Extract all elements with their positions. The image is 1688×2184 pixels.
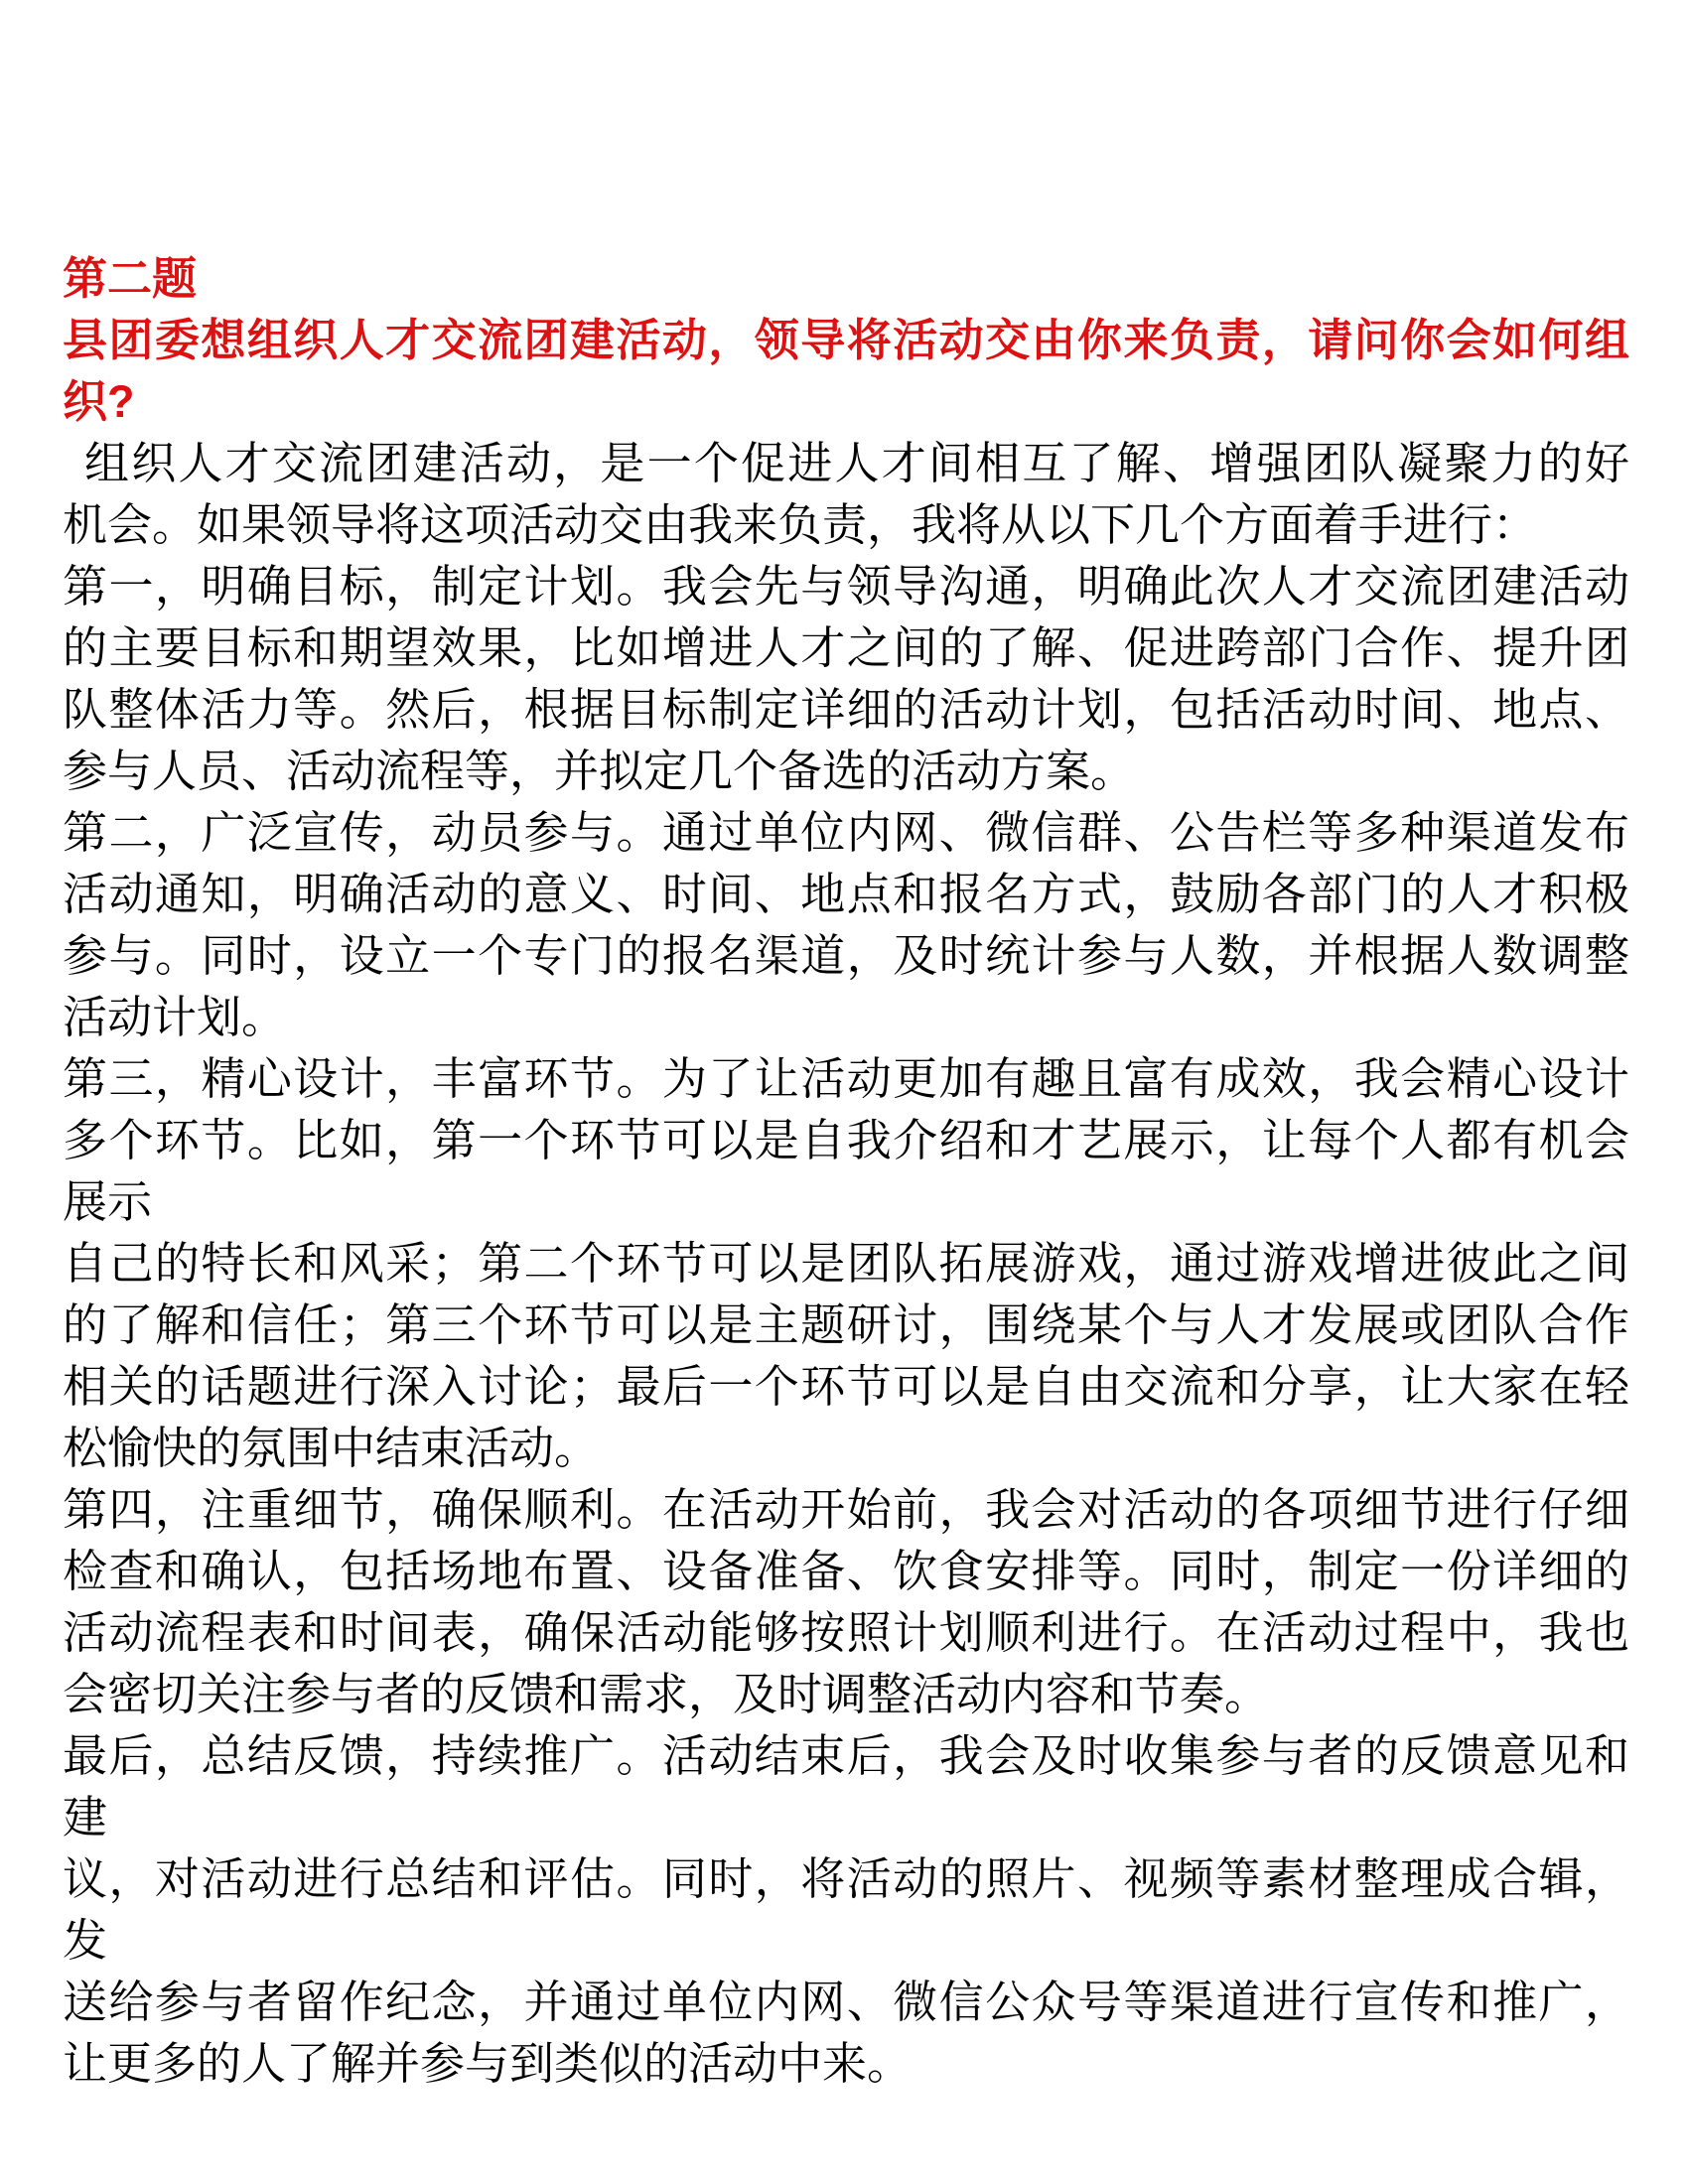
answer-line: 组织人才交流团建活动，是一个促进人才间相互了解、增强团队凝聚力的好	[63, 433, 1629, 494]
answer-line: 让更多的人了解并参与到类似的活动中来。	[63, 2033, 1629, 2095]
answer-line: 的主要目标和期望效果，比如增进人才之间的了解、促进跨部门合作、提升团	[63, 617, 1629, 679]
answer-line: 议，对活动进行总结和评估。同时，将活动的照片、视频等素材整理成合辑，	[63, 1848, 1629, 1910]
answer-line: 活动计划。	[63, 987, 1629, 1048]
answer-line: 发	[63, 1910, 1629, 1972]
answer-line: 参与。同时，设立一个专门的报名渠道，及时统计参与人数，并根据人数调整	[63, 925, 1629, 987]
answer-line: 的了解和信任；第三个环节可以是主题研讨，围绕某个与人才发展或团队合作	[63, 1295, 1629, 1356]
question-text-line: 织?	[63, 371, 1629, 433]
answer-line: 机会。如果领导将这项活动交由我来负责，我将从以下几个方面着手进行：	[63, 494, 1629, 556]
document-body: 第二题 县团委想组织人才交流团建活动，领导将活动交由你来负责，请问你会如何组 织…	[63, 248, 1629, 2095]
answer-line: 最后，总结反馈，持续推广。活动结束后，我会及时收集参与者的反馈意见和	[63, 1725, 1629, 1787]
answer-line: 第一，明确目标，制定计划。我会先与领导沟通，明确此次人才交流团建活动	[63, 556, 1629, 617]
answer-line: 展示	[63, 1171, 1629, 1233]
answer-line: 第三，精心设计，丰富环节。为了让活动更加有趣且富有成效，我会精心设计	[63, 1048, 1629, 1110]
answer-line: 多个环节。比如，第一个环节可以是自我介绍和才艺展示，让每个人都有机会	[63, 1110, 1629, 1171]
answer-line: 第二，广泛宣传，动员参与。通过单位内网、微信群、公告栏等多种渠道发布	[63, 802, 1629, 864]
answer-line: 参与人员、活动流程等，并拟定几个备选的活动方案。	[63, 741, 1629, 802]
question-text-line: 县团委想组织人才交流团建活动，领导将活动交由你来负责，请问你会如何组	[63, 310, 1629, 371]
answer-line: 活动通知，明确活动的意义、时间、地点和报名方式，鼓励各部门的人才积极	[63, 864, 1629, 925]
answer-line: 队整体活力等。然后，根据目标制定详细的活动计划，包括活动时间、地点、	[63, 679, 1629, 741]
answer-line: 检查和确认，包括场地布置、设备准备、饮食安排等。同时，制定一份详细的	[63, 1541, 1629, 1602]
answer-line: 会密切关注参与者的反馈和需求，及时调整活动内容和节奏。	[63, 1664, 1629, 1725]
answer-line: 自己的特长和风采；第二个环节可以是团队拓展游戏，通过游戏增进彼此之间	[63, 1233, 1629, 1295]
answer-line: 第四，注重细节，确保顺利。在活动开始前，我会对活动的各项细节进行仔细	[63, 1479, 1629, 1541]
answer-line: 相关的话题进行深入讨论；最后一个环节可以是自由交流和分享，让大家在轻	[63, 1356, 1629, 1418]
answer-line: 松愉快的氛围中结束活动。	[63, 1418, 1629, 1479]
answer-line: 活动流程表和时间表，确保活动能够按照计划顺利进行。在活动过程中，我也	[63, 1602, 1629, 1664]
answer-line: 送给参与者留作纪念，并通过单位内网、微信公众号等渠道进行宣传和推广，	[63, 1972, 1629, 2033]
document-page: 第二题 县团委想组织人才交流团建活动，领导将活动交由你来负责，请问你会如何组 织…	[0, 0, 1688, 2184]
answer-line: 建	[63, 1787, 1629, 1848]
question-number: 第二题	[63, 248, 1629, 310]
